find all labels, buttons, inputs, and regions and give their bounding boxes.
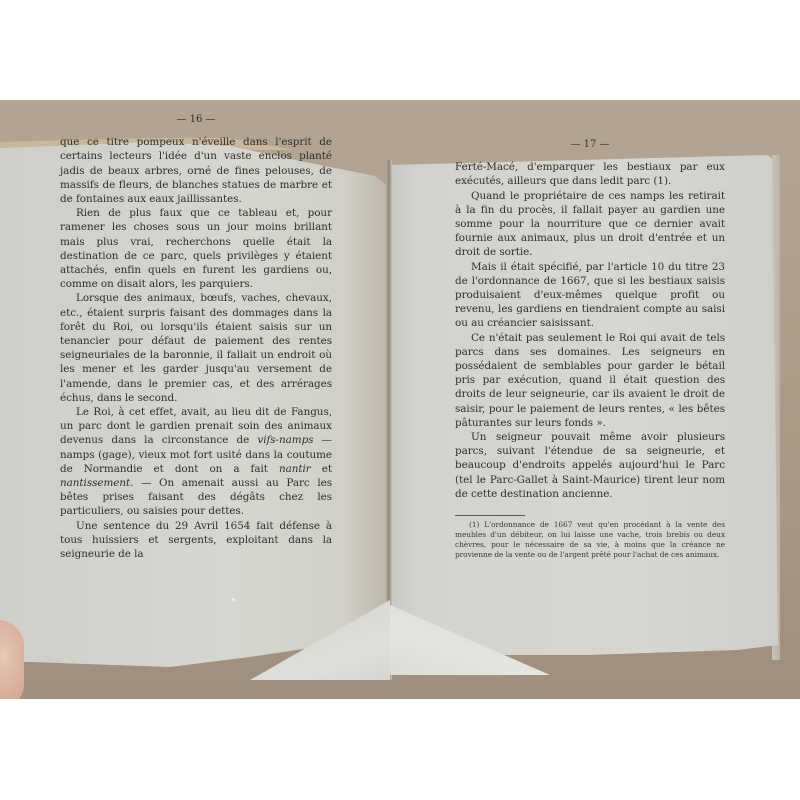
- thumb: [0, 620, 24, 699]
- paragraph: que ce titre pompeux n'éveille dans l'es…: [60, 135, 332, 206]
- footnote: (1) L'ordonnance de 1667 veut qu'en proc…: [455, 520, 725, 560]
- left-page-text: — 16 — que ce titre pompeux n'éveille da…: [60, 113, 332, 561]
- page-number-16: — 16 —: [60, 113, 332, 127]
- paragraph: Un seigneur pouvait même avoir plusieurs…: [455, 430, 725, 501]
- paragraph: Mais il était spécifié, par l'article 10…: [455, 260, 725, 331]
- italic-term: vifs-namps: [257, 434, 313, 446]
- paragraph-text: et: [311, 463, 332, 475]
- paragraph: Ferté-Macé, d'emparquer les bestiaux par…: [455, 160, 725, 188]
- paper-speck: [232, 598, 235, 601]
- page-number-17: — 17 —: [455, 138, 725, 152]
- italic-term: nantir: [279, 463, 311, 475]
- footnote-rule: [455, 515, 525, 516]
- paragraph: Ce n'était pas seulement le Roi qui avai…: [455, 331, 725, 430]
- paragraph: Quand le propriétaire de ces namps les r…: [455, 189, 725, 260]
- italic-term: nantissement: [60, 477, 130, 489]
- paragraph: Lorsque des animaux, bœufs, vaches, chev…: [60, 291, 332, 405]
- paragraph: Le Roi, à cet effet, avait, au lieu dit …: [60, 405, 332, 519]
- right-page-text: — 17 — Ferté-Macé, d'emparquer les besti…: [455, 138, 725, 560]
- paragraph: Une sentence du 29 Avril 1654 fait défen…: [60, 519, 332, 562]
- paragraph: Rien de plus faux que ce tableau et, pou…: [60, 206, 332, 291]
